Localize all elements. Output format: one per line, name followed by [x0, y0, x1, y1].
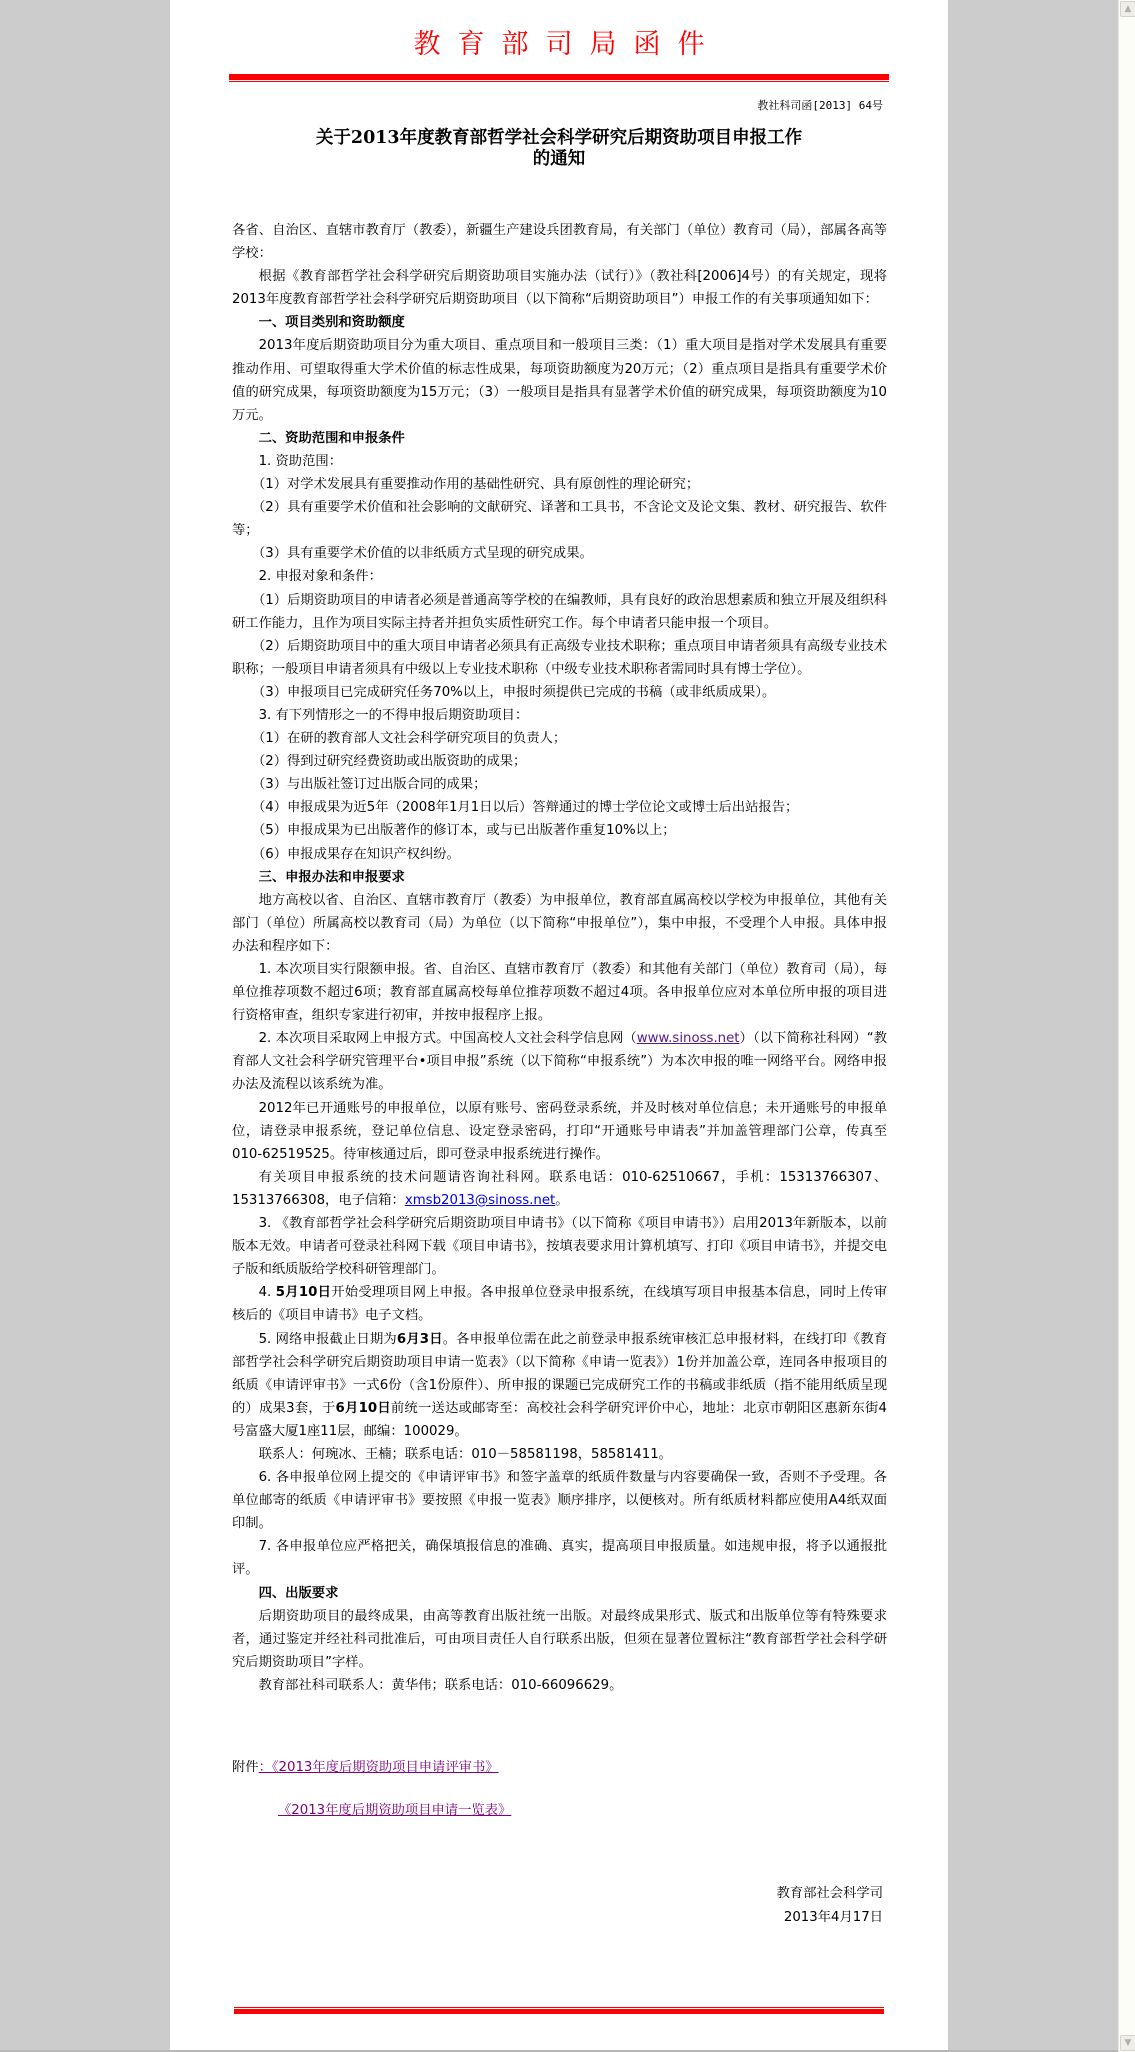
header-rule-thin: [229, 81, 889, 82]
item-5-pre: 5. 网络申报截止日期为: [259, 1332, 397, 1347]
list-item: （6）申报成果存在知识产权纠纷。: [232, 843, 887, 866]
section-heading-3: 三、申报办法和申报要求: [232, 866, 887, 889]
list-item: （3）具有重要学术价值的以非纸质方式呈现的研究成果。: [232, 542, 887, 565]
item-4-post: 开始受理项目网上申报。各申报单位登录申报系统，在线填写项目申报基本信息，同时上传…: [232, 1285, 887, 1323]
salutation: 各省、自治区、直辖市教育厅（教委），新疆生产建设兵团教育局，有关部门（单位）教育…: [232, 219, 887, 265]
header-rule-thick: [229, 74, 889, 80]
attachment-1-row: 附件：《2013年度后期资助项目申请评审书》: [232, 1758, 499, 1778]
list-item: （5）申报成果为已出版著作的修订本，或与已出版著作重复10%以上；: [232, 819, 887, 842]
subject-line-2: 的通知: [170, 149, 948, 170]
section-3-item-6: 6. 各申报单位网上提交的《申请评审书》和签字盖章的纸质件数量与内容要确保一致，…: [232, 1466, 887, 1535]
list-item: （2）后期资助项目中的重大项目申请者必须具有正高级专业技术职称；重点项目申请者须…: [232, 635, 887, 681]
list-item: （3）申报项目已完成研究任务70%以上，申报时须提供已完成的书稿（或非纸质成果）…: [232, 681, 887, 704]
section-3-item-3: 3. 《教育部哲学社会科学研究后期资助项目申请书》（以下简称《项目申请书》）启用…: [232, 1212, 887, 1281]
section-4-contact: 教育部社科司联系人：黄华伟；联系电话：010-66096629。: [232, 1674, 887, 1697]
chevron-up-icon: ▲: [1125, 4, 1132, 14]
document-number: 教社科司函[2013] 64号: [757, 97, 883, 113]
attachment-label: 附件: [232, 1760, 259, 1775]
footer-rule-thin: [234, 2007, 884, 2008]
deadline-date: 6月3日: [397, 1332, 443, 1347]
start-date: 5月10日: [276, 1285, 331, 1300]
scroll-up-button[interactable]: ▲: [1120, 1, 1135, 17]
section-3-item-1: 1. 本次项目实行限额申报。省、自治区、直辖市教育厅（教委）和其他有关部门（单位…: [232, 958, 887, 1027]
signoff-organization: 教育部社会科学司: [777, 1882, 883, 1906]
subject-line-1: 关于2013年度教育部哲学社会科学研究后期资助项目申报工作: [170, 128, 948, 149]
section-3-item-2: 2. 本次项目采取网上申报方式。中国高校人文社会科学信息网（www.sinoss…: [232, 1027, 887, 1096]
list-item: （1）对学术发展具有重要推动作用的基础性研究、具有原创性的理论研究；: [232, 473, 887, 496]
subheading-exclusions: 3. 有下列情形之一的不得申报后期资助项目：: [232, 704, 887, 727]
masthead-title: 教育部司局函件: [170, 28, 948, 62]
sinoss-link[interactable]: www.sinoss.net: [637, 1031, 740, 1046]
section-4-paragraph: 后期资助项目的最终成果，由高等教育出版社统一出版。对最终成果形式、版式和出版单位…: [232, 1605, 887, 1674]
section-1-paragraph: 2013年度后期资助项目分为重大项目、重点项目和一般项目三类：（1）重大项目是指…: [232, 334, 887, 426]
section-3-item-5-contact: 联系人：何琬冰、王楠；联系电话：010－58581198，58581411。: [232, 1443, 887, 1466]
list-item: （1）后期资助项目的申请者必须是普通高等学校的在编教师，具有良好的政治思想素质和…: [232, 589, 887, 635]
intro-paragraph: 根据《教育部哲学社会科学研究后期资助项目实施办法（试行）》（教社科[2006]4…: [232, 265, 887, 311]
list-item: （2）具有重要学术价值和社会影响的文献研究、译著和工具书，不含论文及论文集、教材…: [232, 496, 887, 542]
section-3-item-4: 4. 5月10日开始受理项目网上申报。各申报单位登录申报系统，在线填写项目申报基…: [232, 1281, 887, 1327]
subheading-funding-scope: 1. 资助范围：: [232, 450, 887, 473]
mail-deadline-date: 6月10日: [336, 1401, 391, 1416]
scroll-down-button[interactable]: ▼: [1120, 2035, 1135, 2051]
signoff-date: 2013年4月17日: [777, 1906, 883, 1930]
signoff: 教育部社会科学司 2013年4月17日: [777, 1882, 883, 1930]
support-text-post: 。: [555, 1193, 568, 1208]
attachment-link-summary-table[interactable]: 《2013年度后期资助项目申请一览表》: [278, 1803, 511, 1818]
support-email-link[interactable]: xmsb2013@sinoss.net: [405, 1193, 555, 1208]
subheading-eligibility: 2. 申报对象和条件：: [232, 565, 887, 588]
list-item: （3）与出版社签订过出版合同的成果；: [232, 773, 887, 796]
section-3-item-2-support: 有关项目申报系统的技术问题请咨询社科网。联系电话：010-62510667，手机…: [232, 1166, 887, 1212]
item-2-text-pre: 2. 本次项目采取网上申报方式。中国高校人文社会科学信息网（: [259, 1031, 637, 1046]
list-item: （2）得到过研究经费资助或出版资助的成果；: [232, 750, 887, 773]
section-heading-2: 二、资助范围和申报条件: [232, 427, 887, 450]
subject-title: 关于2013年度教育部哲学社会科学研究后期资助项目申报工作 的通知: [170, 128, 948, 170]
section-3-item-2-account: 2012年已开通账号的申报单位，以原有账号、密码登录系统，并及时核对单位信息；未…: [232, 1097, 887, 1166]
footer-rule-thick: [234, 2009, 884, 2014]
item-4-pre: 4.: [259, 1285, 276, 1300]
attachment-link-review-form[interactable]: ：《2013年度后期资助项目申请评审书》: [259, 1760, 499, 1775]
section-heading-1: 一、项目类别和资助额度: [232, 311, 887, 334]
section-3-item-5: 5. 网络申报截止日期为6月3日。各申报单位需在此之前登录申报系统审核汇总申报材…: [232, 1328, 887, 1443]
section-3-item-7: 7. 各申报单位应严格把关，确保填报信息的准确、真实，提高项目申报质量。如违规申…: [232, 1535, 887, 1581]
document-body: 各省、自治区、直辖市教育厅（教委），新疆生产建设兵团教育局，有关部门（单位）教育…: [232, 219, 887, 1697]
vertical-scrollbar[interactable]: ▲ ▼: [1118, 0, 1135, 2052]
section-heading-4: 四、出版要求: [232, 1582, 887, 1605]
list-item: （4）申报成果为近5年（2008年1月1日以后）答辩通过的博士学位论文或博士后出…: [232, 796, 887, 819]
document-page: 教育部司局函件 教社科司函[2013] 64号 关于2013年度教育部哲学社会科…: [170, 0, 948, 2050]
section-3-intro: 地方高校以省、自治区、直辖市教育厅（教委）为申报单位，教育部直属高校以学校为申报…: [232, 889, 887, 958]
attachment-2-row: 《2013年度后期资助项目申请一览表》: [278, 1801, 511, 1821]
chevron-down-icon: ▼: [1125, 2038, 1132, 2048]
list-item: （1）在研的教育部人文社会科学研究项目的负责人；: [232, 727, 887, 750]
